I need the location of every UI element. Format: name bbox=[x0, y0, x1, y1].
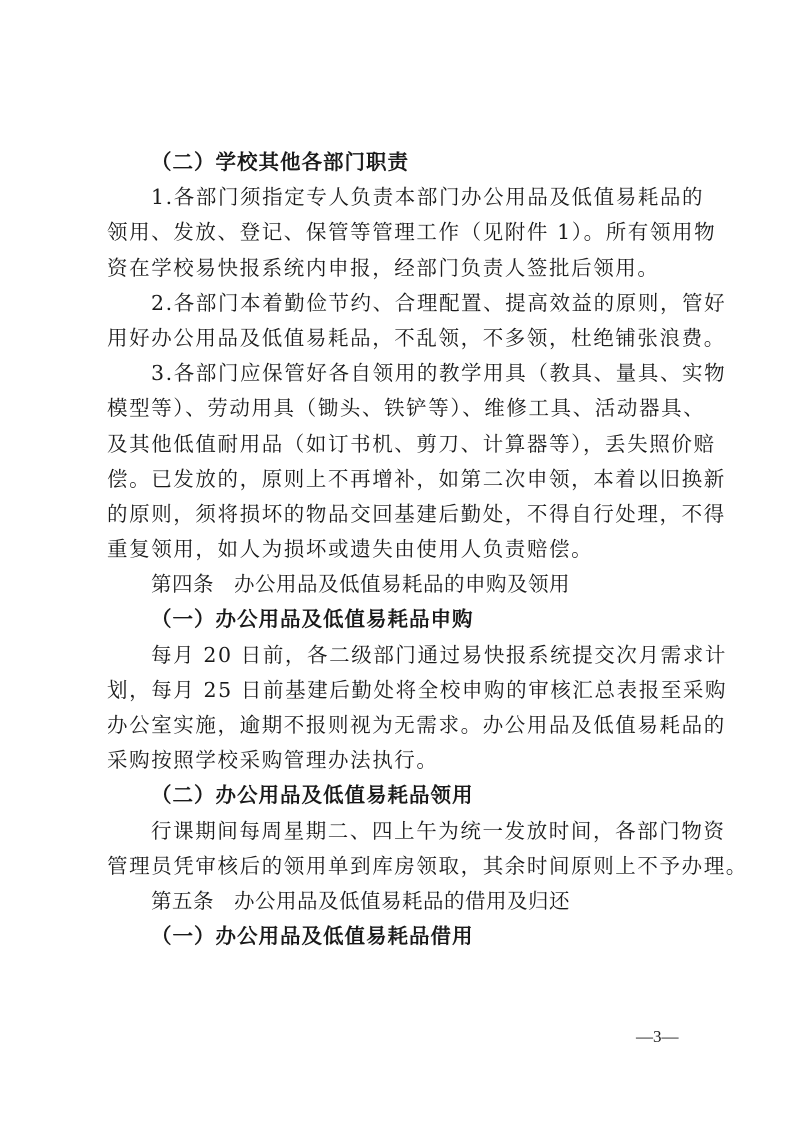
paragraph-1: 1.各部门须指定专人负责本部门办公用品及低值易耗品的 领用、发放、登记、保管等管… bbox=[107, 180, 699, 286]
article-title: 办公用品及低值易耗品的借用及归还 bbox=[234, 889, 570, 913]
sub-heading-dept-duties: （二）学校其他各部门职责 bbox=[107, 145, 699, 180]
paragraph-line: 管理员凭审核后的领用单到库房领取，其余时间原则上不予办理。 bbox=[107, 849, 699, 884]
sub-heading-collection: （二）办公用品及低值易耗品领用 bbox=[107, 778, 699, 813]
paragraph-5: 行课期间每周星期二、四上午为统一发放时间，各部门物资 管理员凭审核后的领用单到库… bbox=[107, 814, 699, 884]
paragraph-line: 3.各部门应保管好各自领用的教学用具（教具、量具、实物 bbox=[107, 356, 699, 391]
paragraph-4: 每月 20 日前，各二级部门通过易快报系统提交次月需求计 划，每月 25 日前基… bbox=[107, 638, 699, 779]
paragraph-line: 领用、发放、登记、保管等管理工作（见附件 1）。所有领用物 bbox=[107, 215, 699, 250]
paragraph-line: 每月 20 日前，各二级部门通过易快报系统提交次月需求计 bbox=[107, 638, 699, 673]
paragraph-line: 采购按照学校采购管理办法执行。 bbox=[107, 743, 699, 778]
article-title: 办公用品及低值易耗品的申购及领用 bbox=[234, 572, 570, 596]
article-heading-5: 第五条办公用品及低值易耗品的借用及归还 bbox=[107, 884, 699, 919]
document-page: （二）学校其他各部门职责 1.各部门须指定专人负责本部门办公用品及低值易耗品的 … bbox=[107, 145, 699, 954]
paragraph-2: 2.各部门本着勤俭节约、合理配置、提高效益的原则，管好 用好办公用品及低值易耗品… bbox=[107, 286, 699, 356]
paragraph-line: 及其他低值耐用品（如订书机、剪刀、计算器等），丢失照价赔 bbox=[107, 427, 699, 462]
paragraph-line: 用好办公用品及低值易耗品，不乱领，不多领，杜绝铺张浪费。 bbox=[107, 321, 699, 356]
page-number: —3— bbox=[636, 1027, 679, 1047]
paragraph-line: 1.各部门须指定专人负责本部门办公用品及低值易耗品的 bbox=[107, 180, 699, 215]
paragraph-line: 2.各部门本着勤俭节约、合理配置、提高效益的原则，管好 bbox=[107, 286, 699, 321]
article-number: 第四条 bbox=[151, 572, 214, 596]
paragraph-line: 行课期间每周星期二、四上午为统一发放时间，各部门物资 bbox=[107, 814, 699, 849]
paragraph-line: 资在学校易快报系统内申报，经部门负责人签批后领用。 bbox=[107, 251, 699, 286]
paragraph-3: 3.各部门应保管好各自领用的教学用具（教具、量具、实物 模型等）、劳动用具（锄头… bbox=[107, 356, 699, 567]
sub-heading-borrowing: （一）办公用品及低值易耗品借用 bbox=[107, 919, 699, 954]
paragraph-line: 偿。已发放的，原则上不再增补，如第二次申领，本着以旧换新 bbox=[107, 462, 699, 497]
article-number: 第五条 bbox=[151, 889, 214, 913]
paragraph-line: 划，每月 25 日前基建后勤处将全校申购的审核汇总表报至采购 bbox=[107, 673, 699, 708]
paragraph-line: 模型等）、劳动用具（锄头、铁铲等）、维修工具、活动器具、 bbox=[107, 391, 699, 426]
paragraph-line: 的原则，须将损坏的物品交回基建后勤处，不得自行处理，不得 bbox=[107, 497, 699, 532]
article-heading-4: 第四条办公用品及低值易耗品的申购及领用 bbox=[107, 567, 699, 602]
paragraph-line: 办公室实施，逾期不报则视为无需求。办公用品及低值易耗品的 bbox=[107, 708, 699, 743]
paragraph-line: 重复领用，如人为损坏或遗失由使用人负责赔偿。 bbox=[107, 532, 699, 567]
sub-heading-purchase: （一）办公用品及低值易耗品申购 bbox=[107, 602, 699, 637]
